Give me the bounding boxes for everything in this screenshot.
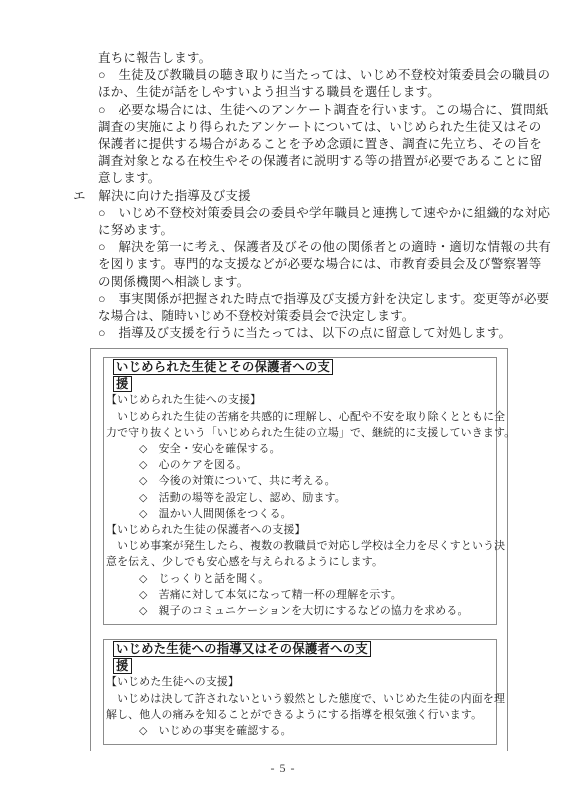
body-line: な場合は、随時いじめ不登校対策委員会で決定します。 <box>98 308 541 325</box>
box-title-row: 援 <box>105 657 495 674</box>
body-line: 直ちに報告します。 <box>98 50 541 67</box>
body-line: 保護者に提供する場合があることを予め念頭に置き、調査に先立ち、その旨を <box>98 136 541 153</box>
box-line: いじめは決して許されないという毅然とした態度で、いじめた生徒の内面を理 <box>106 691 495 707</box>
body-line: の関係機関へ相談します。 <box>98 274 541 291</box>
body-line: を図ります。専門的な支援などが必要な場合には、市教育委員会及び警察署等 <box>98 256 541 273</box>
body-line: 調査の実施により得られたアンケートについては、いじめられた生徒又はその <box>98 119 541 136</box>
body-line: ほか、生徒が話をしやすいよう担当する職員を選任します。 <box>98 84 541 101</box>
box-bullet: ◇ 心のケアを図る。 <box>139 457 495 473</box>
body-line: ○ 必要な場合には、生徒へのアンケート調査を行います。この場合に、質問紙 <box>98 102 541 119</box>
box-bullet: ◇ 今後の対策について、共に考える。 <box>139 473 495 489</box>
box-title-wrap-char: 援 <box>113 376 132 392</box>
support-box-victim: いじめられた生徒とその保護者への支 援 【いじめられた生徒への支援】 いじめられ… <box>103 357 497 625</box>
body-line: 意します。 <box>98 170 541 187</box>
section-heading-e: エ 解決に向けた指導及び支援 <box>73 188 541 205</box>
document-page: 直ちに報告します。 ○ 生徒及び教職員の聴き取りに当たっては、いじめ不登校対策委… <box>0 0 566 800</box>
box-subheading: 【いじめられた生徒の保護者への支援】 <box>106 522 495 538</box>
body-line: に努めます。 <box>98 222 541 239</box>
body-line: ○ 事実関係が把握された時点で指導及び支援方針を決定します。変更等が必要 <box>98 291 541 308</box>
box-title-row: いじめられた生徒とその保護者への支 <box>105 358 495 375</box>
box-title-row: いじめた生徒への指導又はその保護者への支 <box>105 640 495 657</box>
box-line: いじめ事案が発生したら、複数の教職員で対応し学校は全力を尽くすという決 <box>106 538 495 554</box>
body-line: 調査対象となる在校生やその保護者に説明する等の措置が必要であることに留 <box>98 153 541 170</box>
body-line: ○ 生徒及び教職員の聴き取りに当たっては、いじめ不登校対策委員会の職員の <box>98 67 541 84</box>
body-text: 直ちに報告します。 ○ 生徒及び教職員の聴き取りに当たっては、いじめ不登校対策委… <box>73 50 541 342</box>
box-bullet: ◇ 安全・安心を確保する。 <box>139 441 495 457</box>
box-bullet: ◇ 苦痛に対して本気になって精一杯の理解を示す。 <box>139 587 495 603</box>
box-line: 解し、他人の痛みを知ることができるようにする指導を根気強く行います。 <box>106 707 495 723</box>
box-line: 意を伝え、少しでも安心感を与えられるようにします。 <box>106 554 495 570</box>
box-line: 力で守り抜くという「いじめられた生徒の立場」で、継続的に支援していきます。 <box>106 425 495 441</box>
box-line: いじめられた生徒の苦痛を共感的に理解し、心配や不安を取り除くとともに全 <box>106 409 495 425</box>
body-line: ○ いじめ不登校対策委員会の委員や学年職員と連携して速やかに組織的な対応 <box>98 205 541 222</box>
box-subheading: 【いじめた生徒への支援】 <box>106 674 495 690</box>
box-subheading: 【いじめられた生徒への支援】 <box>106 392 495 408</box>
support-box-bully: いじめた生徒への指導又はその保護者への支 援 【いじめた生徒への支援】 いじめは… <box>103 639 497 745</box>
box-bullet: ◇ 温かい人間関係をつくる。 <box>139 506 495 522</box>
box-bullet: ◇ いじめの事実を確認する。 <box>139 723 495 739</box>
support-section-frame: いじめられた生徒とその保護者への支 援 【いじめられた生徒への支援】 いじめられ… <box>90 348 508 751</box>
box-title-row: 援 <box>105 375 495 392</box>
box-bullet: ◇ 活動の場等を設定し、認め、励ます。 <box>139 490 495 506</box>
box-title: いじめた生徒への指導又はその保護者への支 <box>113 641 371 657</box>
body-line: ○ 指導及び支援を行うに当たっては、以下の点に留意して対処します。 <box>98 325 541 342</box>
box-bullet: ◇ 親子のコミュニケーションを大切にするなどの協力を求める。 <box>139 603 495 619</box>
box-bullet: ◇ じっくりと話を聞く。 <box>139 571 495 587</box>
box-title: いじめられた生徒とその保護者への支 <box>113 359 333 375</box>
box-title-wrap-char: 援 <box>113 658 132 674</box>
page-number: - 5 - <box>0 761 566 776</box>
body-line: ○ 解決を第一に考え、保護者及びその他の関係者との適時・適切な情報の共有 <box>98 239 541 256</box>
